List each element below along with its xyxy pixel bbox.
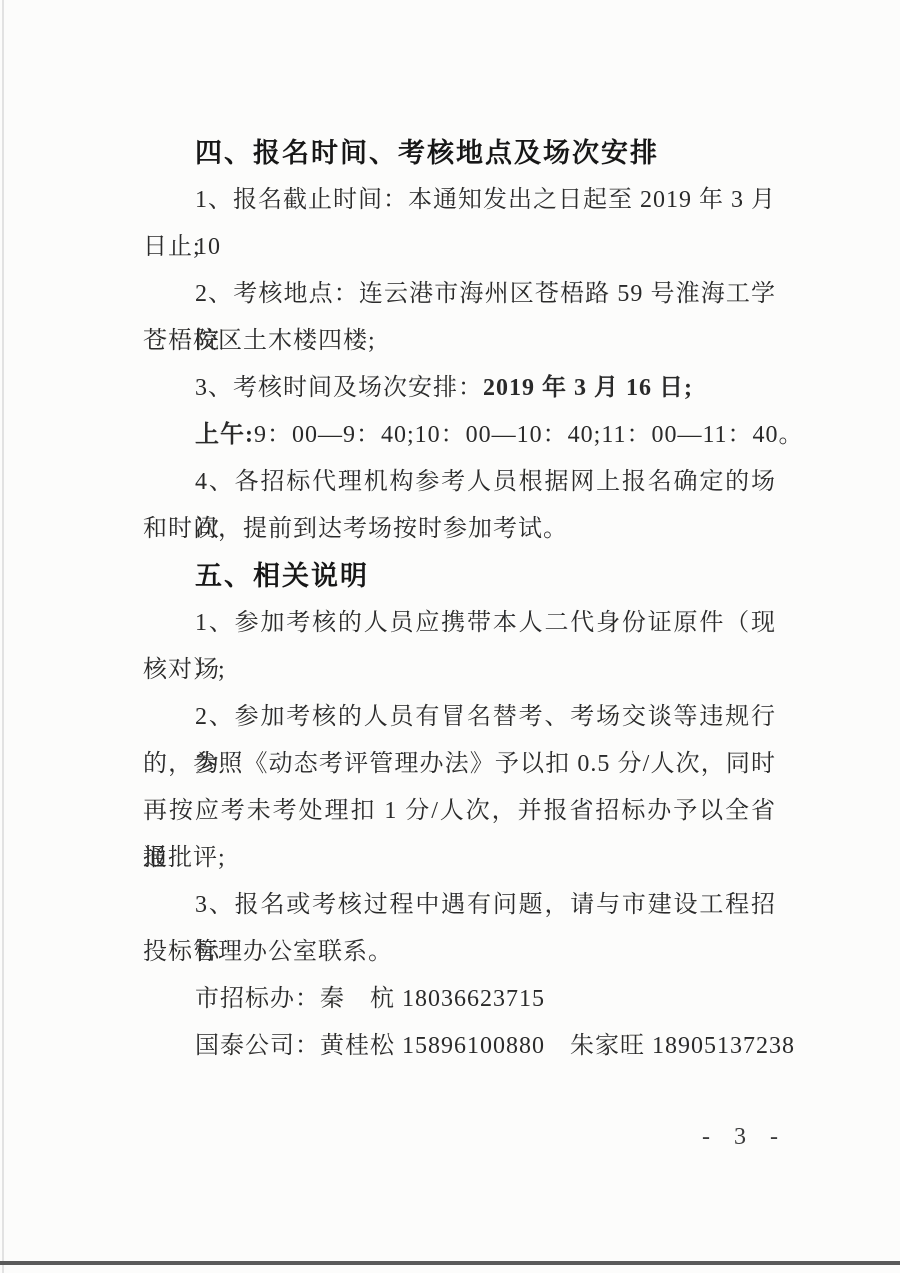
document-line: 2、参加考核的人员有冒名替考、考场交谈等违规行为 — [143, 694, 776, 741]
document-line: 1、报名截止时间：本通知发出之日起至 2019 年 3 月 10 — [143, 177, 776, 224]
text-segment: 日止; — [143, 234, 201, 260]
scan-edge-left — [2, 0, 4, 1273]
document-line: 报批评; — [143, 835, 776, 882]
document-body: 四、报名时间、考核地点及场次安排1、报名截止时间：本通知发出之日起至 2019 … — [143, 130, 776, 1070]
text-segment: 的，参照《动态考评管理办法》予以扣 0.5 分/人次，同时 — [143, 751, 776, 777]
section-heading: 五、相关说明 — [143, 553, 776, 600]
document-line: 再按应考未考处理扣 1 分/人次，并报省招标办予以全省通 — [143, 788, 776, 835]
document-line: 国泰公司：黄桂松 15896100880 朱家旺 18905137238 — [143, 1023, 776, 1070]
document-line: 3、报名或考核过程中遇有问题，请与市建设工程招标 — [143, 882, 776, 929]
text-segment: 市招标办：秦 杭 18036623715 — [195, 986, 545, 1012]
emphasized-text: 五、相关说明 — [195, 561, 369, 591]
emphasized-text: 上午: — [195, 422, 254, 448]
document-line: 上午:9：00—9：40;10：00—10：40;11：00—11：40。 — [143, 412, 776, 459]
scanned-document-page: 四、报名时间、考核地点及场次安排1、报名截止时间：本通知发出之日起至 2019 … — [0, 0, 900, 1273]
section-heading: 四、报名时间、考核地点及场次安排 — [143, 130, 776, 177]
page-number: - 3 - — [702, 1124, 787, 1151]
scan-edge-bottom — [0, 1261, 900, 1265]
text-segment: 国泰公司：黄桂松 15896100880 朱家旺 18905137238 — [195, 1033, 795, 1059]
document-line: 和时间，提前到达考场按时参加考试。 — [143, 506, 776, 553]
text-segment: 3、考核时间及场次安排： — [195, 375, 483, 401]
emphasized-text: 四、报名时间、考核地点及场次安排 — [195, 138, 659, 168]
document-line: 的，参照《动态考评管理办法》予以扣 0.5 分/人次，同时 — [143, 741, 776, 788]
text-segment: 投标管理办公室联系。 — [143, 939, 393, 965]
emphasized-text: 2019 年 3 月 16 日; — [483, 375, 693, 401]
text-segment: 报批评; — [143, 845, 226, 871]
document-line: 2、考核地点：连云港市海州区苍梧路 59 号淮海工学院 — [143, 271, 776, 318]
document-line: 4、各招标代理机构参考人员根据网上报名确定的场次 — [143, 459, 776, 506]
document-line: 日止; — [143, 224, 776, 271]
document-line: 核对）; — [143, 647, 776, 694]
text-segment: 和时间，提前到达考场按时参加考试。 — [143, 516, 568, 542]
document-line: 苍梧校区土木楼四楼; — [143, 318, 776, 365]
document-line: 3、考核时间及场次安排：2019 年 3 月 16 日; — [143, 365, 776, 412]
text-segment: 核对）; — [143, 657, 226, 683]
document-line: 投标管理办公室联系。 — [143, 929, 776, 976]
text-segment: 9：00—9：40;10：00—10：40;11：00—11：40。 — [254, 422, 804, 448]
document-line: 市招标办：秦 杭 18036623715 — [143, 976, 776, 1023]
document-line: 1、参加考核的人员应携带本人二代身份证原件（现场 — [143, 600, 776, 647]
text-segment: 苍梧校区土木楼四楼; — [143, 328, 376, 354]
